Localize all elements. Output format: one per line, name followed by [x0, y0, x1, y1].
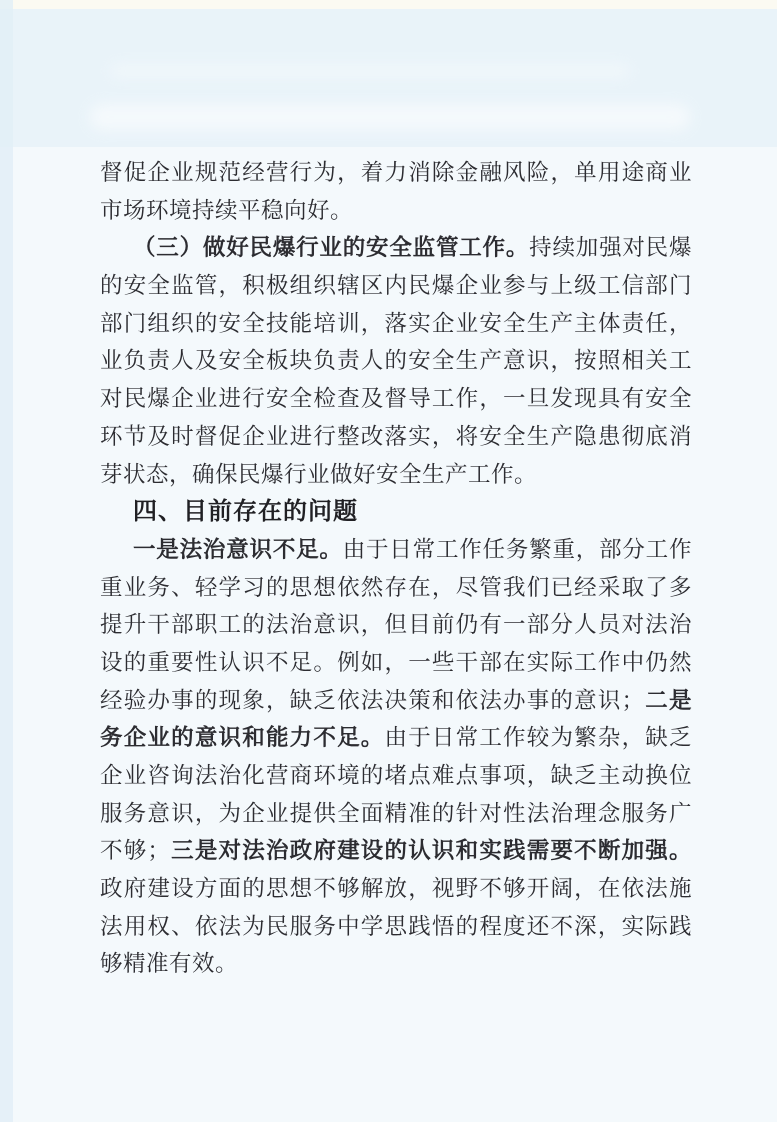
text-run: 一是法治意识不足。 — [133, 537, 343, 562]
text-run: 督促企业规范经营行为，着力消除金融风险，单用途商业预付卡 — [100, 160, 692, 192]
text-run: 提升干部职工的法治意识，但目前仍有一部分人员对法治政府建 — [100, 612, 692, 644]
text-run: 法用权、依法为民服务中学思践悟的程度还不深，实际践行还不 — [100, 914, 692, 946]
text-run: 市场环境持续平稳向好。 — [100, 198, 353, 223]
text-run: 芽状态，确保民爆行业做好安全生产工作。 — [100, 462, 537, 487]
section-heading: 四、目前存在的问题 — [100, 493, 692, 531]
text-line: 重业务、轻学习的思想依然存在，尽管我们已经采取了多种措施 — [100, 569, 692, 607]
document-body: 督促企业规范经营行为，着力消除金融风险，单用途商业预付卡市场环境持续平稳向好。（… — [100, 154, 692, 983]
text-run: （三）做好民爆行业的安全监管工作。 — [133, 235, 529, 260]
text-line: 部门组织的安全技能培训，落实企业安全生产主体责任，加强企 — [100, 305, 692, 343]
text-line: 督促企业规范经营行为，着力消除金融风险，单用途商业预付卡 — [100, 154, 692, 192]
scanned-document-page: 督促企业规范经营行为，着力消除金融风险，单用途商业预付卡市场环境持续平稳向好。（… — [0, 0, 777, 1122]
text-line: 环节及时督促企业进行整改落实，将安全生产隐患彻底消灭在萌 — [100, 418, 692, 456]
text-line: 法用权、依法为民服务中学思践悟的程度还不深，实际践行还不 — [100, 908, 692, 946]
text-line: 对民爆企业进行安全检查及督导工作，一旦发现具有安全隐患的 — [100, 380, 692, 418]
scan-artifact — [90, 104, 690, 130]
text-line: 一是法治意识不足。由于日常工作任务繁重，部分工作人员 — [100, 531, 692, 569]
text-line: 设的重要性认识不足。例如，一些干部在实际工作中仍然存在凭 — [100, 644, 692, 682]
text-run: 政府建设方面的思想不够解放，视野不够开阔，在依法施政、依 — [100, 876, 692, 908]
text-run: 业负责人及安全板块负责人的安全生产意识，按照相关工作要求， — [100, 348, 692, 380]
text-line: 市场环境持续平稳向好。 — [100, 192, 692, 230]
scan-edge-shadow — [0, 0, 13, 1122]
scan-artifact — [110, 64, 630, 78]
text-line: 业负责人及安全板块负责人的安全生产意识，按照相关工作要求， — [100, 342, 692, 380]
text-line: 的安全监管，积极组织辖区内民爆企业参与上级工信部门及相关 — [100, 267, 692, 305]
text-line: 服务意识，为企业提供全面精准的针对性法治理念服务广度深度 — [100, 795, 692, 833]
text-line: 够精准有效。 — [100, 945, 692, 983]
text-line: 企业咨询法治化营商环境的堵点难点事项，缺乏主动换位思考的 — [100, 757, 692, 795]
text-line: 经验办事的现象，缺乏依法决策和依法办事的意识；二是依法服 — [100, 682, 692, 720]
text-run: 环节及时督促企业进行整改落实，将安全生产隐患彻底消灭在萌 — [100, 424, 692, 456]
text-run: 经验办事的现象，缺乏依法决策和依法办事的意识； — [100, 688, 645, 713]
text-run: 四、目前存在的问题 — [133, 498, 358, 525]
text-run: 三是对法治政府建设的认识和实践需要不断加强。 — [170, 838, 692, 863]
text-run: 服务意识，为企业提供全面精准的针对性法治理念服务广度深度 — [100, 801, 692, 833]
text-run: 的安全监管，积极组织辖区内民爆企业参与上级工信部门及相关 — [100, 273, 692, 305]
text-run: 设的重要性认识不足。例如，一些干部在实际工作中仍然存在凭 — [100, 650, 692, 682]
text-line: （三）做好民爆行业的安全监管工作。持续加强对民爆行业 — [100, 229, 692, 267]
text-line: 务企业的意识和能力不足。由于日常工作较为繁杂，缺乏主动向 — [100, 719, 692, 757]
text-run: 重业务、轻学习的思想依然存在，尽管我们已经采取了多种措施 — [100, 575, 692, 607]
text-run: 对民爆企业进行安全检查及督导工作，一旦发现具有安全隐患的 — [100, 386, 692, 418]
text-run: 务企业的意识和能力不足。 — [100, 725, 385, 750]
scan-top-strip — [0, 0, 777, 9]
text-line: 芽状态，确保民爆行业做好安全生产工作。 — [100, 456, 692, 494]
text-run: 企业咨询法治化营商环境的堵点难点事项，缺乏主动换位思考的 — [100, 763, 692, 795]
text-line: 提升干部职工的法治意识，但目前仍有一部分人员对法治政府建 — [100, 606, 692, 644]
text-run: 部门组织的安全技能培训，落实企业安全生产主体责任，加强企 — [100, 311, 692, 343]
text-line: 政府建设方面的思想不够解放，视野不够开阔，在依法施政、依 — [100, 870, 692, 908]
text-line: 不够；三是对法治政府建设的认识和实践需要不断加强。在法治 — [100, 832, 692, 870]
scan-bleed-band — [0, 9, 777, 147]
text-run: 不够； — [100, 838, 170, 863]
text-run: 够精准有效。 — [100, 951, 238, 976]
